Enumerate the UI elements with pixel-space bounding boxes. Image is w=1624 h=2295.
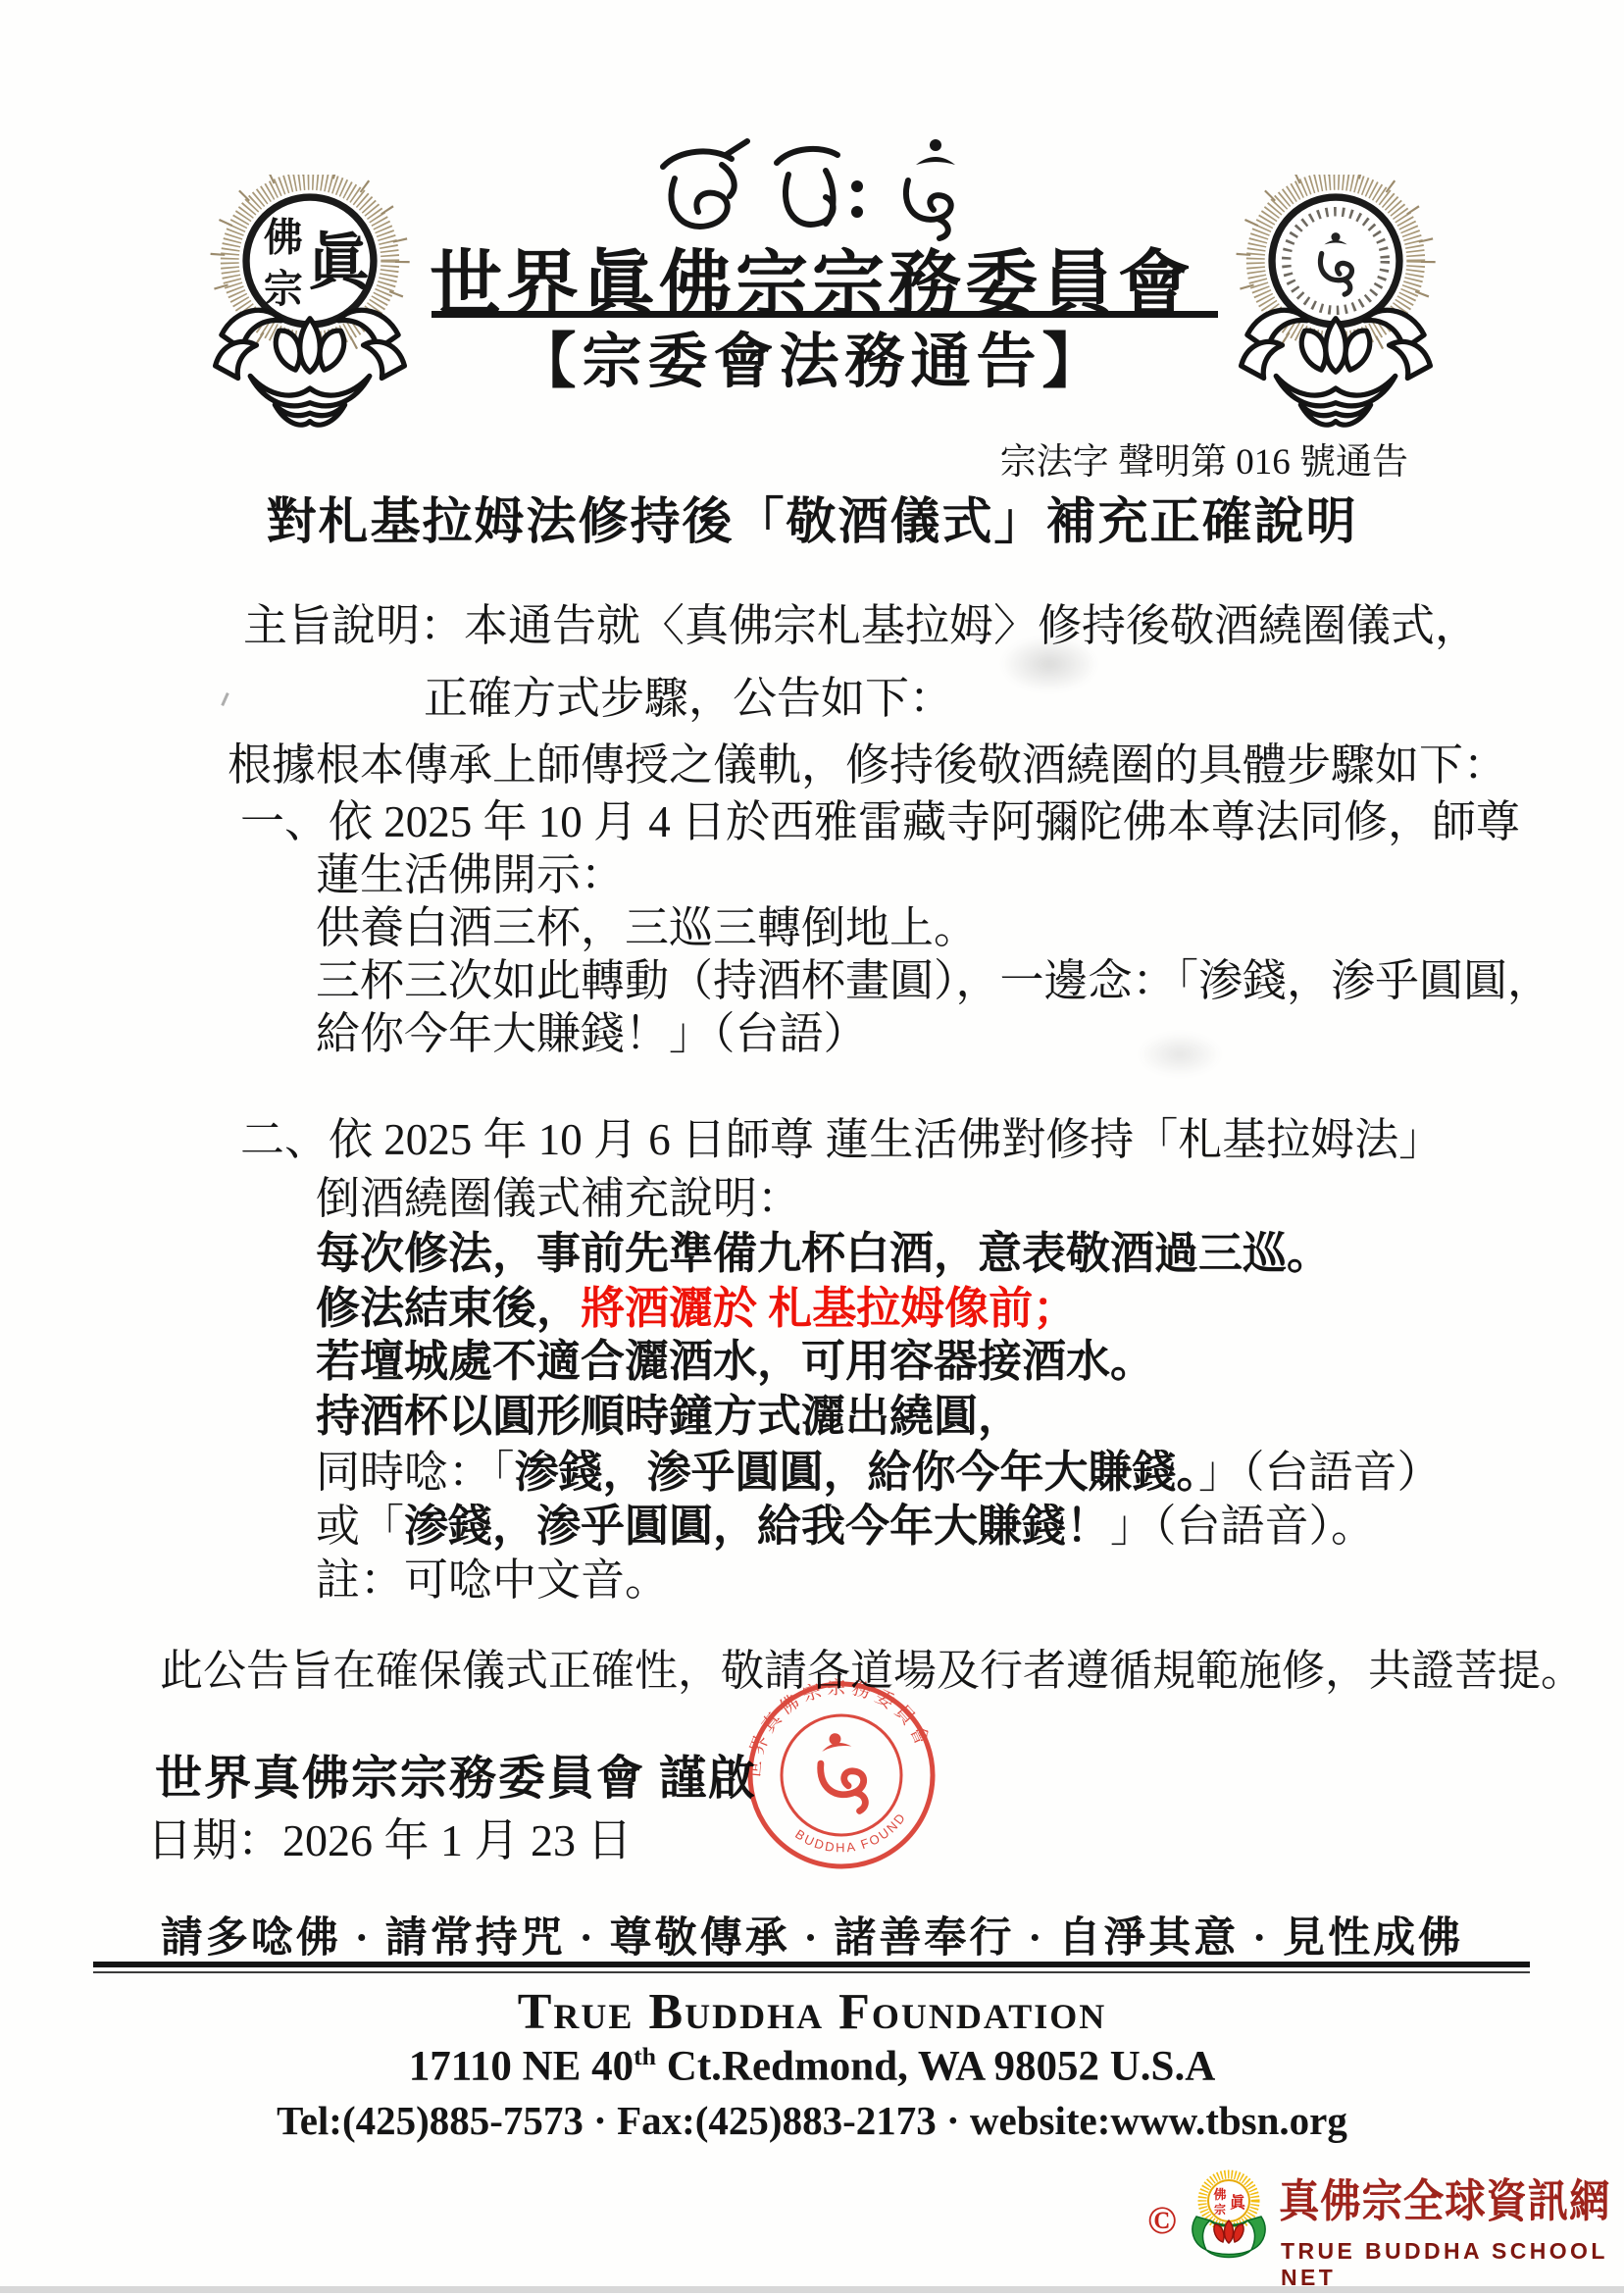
footer-divider — [93, 1962, 1530, 1973]
address-ordinal: th — [634, 2042, 656, 2070]
title-underline — [431, 311, 1218, 318]
item2-line7-chant: 渗錢，渗乎圓圓，給你今年大賺錢。 — [515, 1448, 1199, 1497]
item1-line1: 一、依 2025 年 10 月 4 日於西雅雷藏寺阿彌陀佛本尊法同修，師尊 — [240, 796, 1520, 848]
lotus-ornament — [1242, 310, 1431, 425]
tbsn-color-emblem: 佛 眞 宗 — [1187, 2169, 1271, 2266]
item2-line3: 每次修法，事前先準備九杯白酒，意表敬酒過三巡。 — [316, 1228, 1331, 1280]
right-mantra-emblem — [1232, 175, 1440, 432]
item2-line8-chant: 渗錢，渗乎圓圓，給我今年大賺錢！ — [404, 1502, 1110, 1551]
foundation-name-en: True Buddha Foundation — [0, 1983, 1624, 2041]
subject-line-2: 正確方式步驟，公告如下： — [424, 673, 953, 725]
item1-line5: 給你今年大賺錢！」（台語） — [316, 1008, 868, 1060]
item2-line8: 或「渗錢，渗乎圓圓，給我今年大賺錢！」（台語音）。 — [316, 1501, 1375, 1553]
stray-pen-mark — [221, 692, 228, 706]
scan-smudge — [1000, 636, 1098, 692]
foundation-red-seal: 世界真佛宗宗務委員會 TRUE BUDDHA FOUNDATION — [743, 1677, 939, 1873]
item2-line8-prefix: 或「 — [316, 1502, 404, 1551]
emblem-char-top: 佛 — [264, 217, 303, 260]
document-title: 對札基拉姆法修持後「敬酒儀式」補充正確說明 — [0, 493, 1624, 552]
item2-line4-black: 修法結束後， — [316, 1284, 581, 1333]
tibetan-seed-syllables — [628, 133, 1000, 241]
item1-line3: 供養白酒三杯，三巡三轉倒地上。 — [316, 902, 978, 954]
emblem-char-top: 佛 — [1212, 2187, 1226, 2202]
subject-line-1: 主旨說明：本通告就〈真佛宗札基拉姆〉修持後敬酒繞圈儀式， — [243, 600, 1479, 652]
address-part2: Ct.Redmond, WA 98052 U.S.A — [656, 2043, 1215, 2089]
item2-line2: 倒酒繞圈儀式補充說明： — [316, 1173, 801, 1225]
item2-line8-suffix: 」（台語音）。 — [1110, 1502, 1375, 1551]
ah-glyph — [777, 149, 863, 225]
lotus-ornament — [216, 310, 405, 425]
left-school-emblem: 佛 眞 宗 — [206, 175, 414, 432]
item1-line4: 三杯三次如此轉動（持酒杯畫圓），一邊念：「渗錢，渗乎圓圓， — [316, 955, 1551, 1007]
scanned-notice-page: 世界眞佛宗宗務委員會 【宗委會法務通告】 佛 眞 宗 — [0, 0, 1624, 2295]
item1-line2: 蓮生活佛開示： — [316, 849, 625, 901]
seal-arc-top-text: 世界真佛宗宗務委員會 — [743, 1677, 937, 1783]
item2-line5: 若壇城處不適合灑酒水，可用容器接酒水。 — [316, 1336, 1154, 1388]
hum-glyph — [906, 139, 955, 238]
emblem-char-right: 眞 — [1230, 2193, 1246, 2212]
notice-number: 宗法字 聲明第 016 號通告 — [1000, 441, 1408, 484]
emblem-disc — [1272, 197, 1399, 325]
address-part1: 17110 NE 40 — [409, 2043, 634, 2089]
tbsn-title-cn: 真佛宗全球資訊網 — [1279, 2175, 1610, 2228]
seal-hum-syllable — [814, 1730, 869, 1816]
item2-line1: 二、依 2025 年 10 月 6 日師尊 蓮生活佛對修持「札基拉姆法」 — [240, 1114, 1443, 1166]
om-glyph — [663, 141, 747, 227]
item2-line6: 持酒杯以圓形順時鐘方式灑出繞圓， — [316, 1391, 1022, 1443]
item2-line4: 修法結束後，將酒灑於 札基拉姆像前； — [316, 1283, 1077, 1335]
item2-line7: 同時唸：「渗錢，渗乎圓圓，給你今年大賺錢。」（台語音） — [316, 1447, 1442, 1499]
emblem-char-bottom: 宗 — [1214, 2202, 1226, 2217]
copyright-icon: © — [1147, 2197, 1177, 2243]
item2-line4-red-text: 將酒灑於 札基拉姆像前； — [581, 1284, 1077, 1333]
mantra-line: 請多唸佛 · 請常持咒 · 尊敬傳承 · 諸善奉行 · 自淨其意 · 見性成佛 — [0, 1914, 1624, 1964]
signature-date: 日期：2026 年 1 月 23 日 — [147, 1814, 633, 1867]
tbsn-title-en: TRUE BUDDHA SCHOOL NET — [1281, 2238, 1624, 2291]
scan-smudge — [1138, 1032, 1222, 1077]
scan-edge-strip — [0, 2286, 1624, 2293]
item2-line7-prefix: 同時唸：「 — [316, 1448, 515, 1497]
contact-line: Tel:(425)885-7573 · Fax:(425)883-2173 · … — [0, 2097, 1624, 2144]
emblem-char-right: 眞 — [308, 229, 373, 297]
item2-line9: 註：可唸中文音。 — [316, 1555, 669, 1606]
signature-org: 世界真佛宗宗務委員會 謹啟 — [155, 1752, 757, 1808]
emblem-char-bottom: 宗 — [264, 268, 303, 311]
address-line: 17110 NE 40th Ct.Redmond, WA 98052 U.S.A — [0, 2042, 1624, 2090]
item2-line7-suffix: 」（台語音） — [1198, 1448, 1442, 1497]
intro-line: 根據根本傳承上師傳授之儀軌，修持後敬酒繞圈的具體步驟如下： — [228, 739, 1507, 791]
